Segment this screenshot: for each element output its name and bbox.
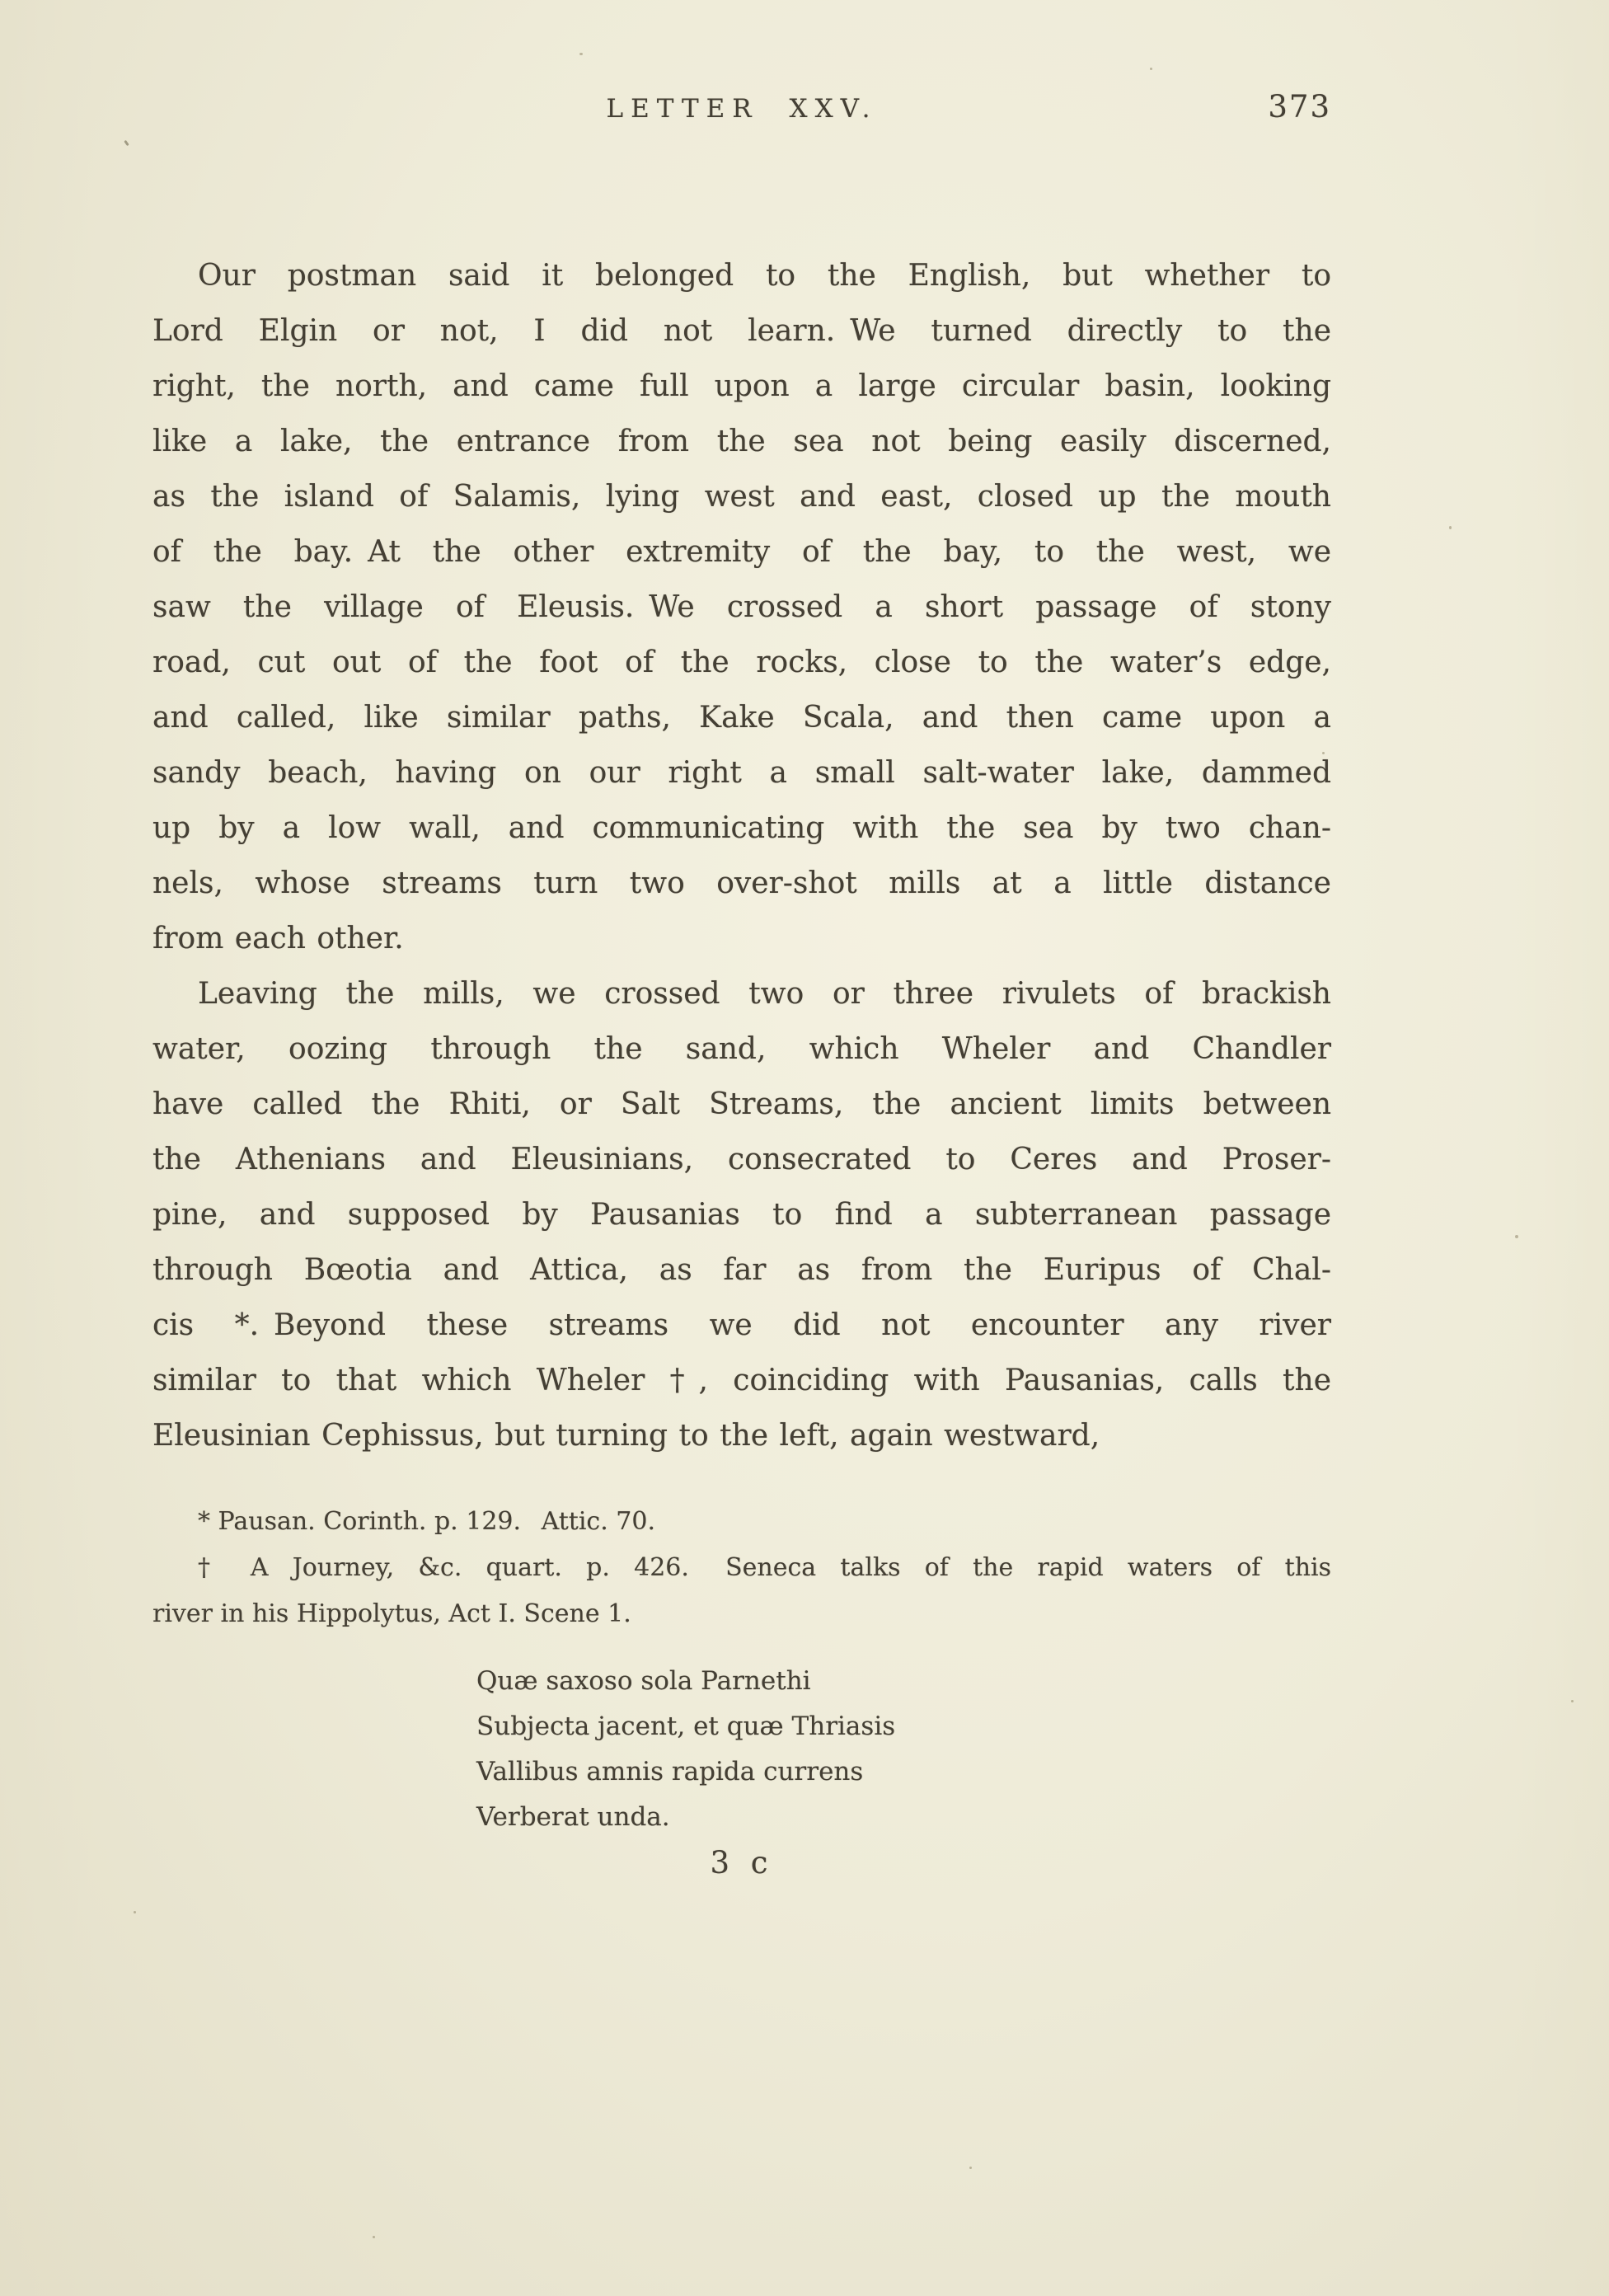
paper-speck — [969, 2167, 972, 2169]
text-line: the Athenians and Eleusinians, consecrat… — [152, 1132, 1331, 1187]
paper-speck — [373, 2236, 375, 2238]
text-line: cis *. Beyond these streams we did not e… — [152, 1298, 1331, 1353]
text-line: saw the village of Eleusis. We crossed a… — [152, 580, 1331, 635]
paper-speck — [1150, 68, 1152, 70]
paper-mark — [124, 140, 129, 146]
text-line: pine, and supposed by Pausanias to find … — [152, 1187, 1331, 1242]
footnote-line: river in his Hippolytus, Act I. Scene 1. — [152, 1591, 1331, 1637]
running-title: LETTER XXV. — [152, 94, 1331, 124]
text-line: road, cut out of the foot of the rocks, … — [152, 635, 1331, 690]
text-line: up by a low wall, and communicating with… — [152, 801, 1331, 856]
body-text: Our postman said it belonged to the Engl… — [152, 248, 1331, 1463]
page-number: 373 — [1268, 89, 1331, 124]
text-line: have called the Rhiti, or Salt Streams, … — [152, 1077, 1331, 1132]
text-line: Lord Elgin or not, I did not learn. We t… — [152, 303, 1331, 359]
signature-mark: 3 c — [152, 1845, 1331, 1880]
text-line: Our postman said it belonged to the Engl… — [152, 248, 1331, 303]
footnotes: * Pausan. Corinth. p. 129. Attic. 70. † … — [152, 1499, 1331, 1637]
text-line: right, the north, and came full upon a l… — [152, 359, 1331, 414]
text-line: nels, whose streams turn two over-shot m… — [152, 856, 1331, 911]
page-header: LETTER XXV. 373 — [152, 89, 1331, 132]
text-line: from each other. — [152, 911, 1331, 966]
footnote-line: * Pausan. Corinth. p. 129. Attic. 70. — [152, 1499, 1331, 1545]
text-line: and called, like similar paths, Kake Sca… — [152, 690, 1331, 745]
text-line: of the bay. At the other extremity of th… — [152, 524, 1331, 580]
verse-line: Vallibus amnis rapida currens — [476, 1749, 1218, 1795]
text-line: Eleusinian Cephissus, but turning to the… — [152, 1408, 1331, 1463]
text-line: like a lake, the entrance from the sea n… — [152, 414, 1331, 469]
paper-speck — [134, 1911, 136, 1913]
text-line: sandy beach, having on our right a small… — [152, 745, 1331, 801]
text-line: water, oozing through the sand, which Wh… — [152, 1021, 1331, 1077]
paper-speck — [1449, 526, 1452, 529]
paper-speck — [1571, 1700, 1574, 1702]
verse-line: Verberat unda. — [476, 1795, 1218, 1840]
paper-speck — [1322, 752, 1325, 754]
verse-line: Quæ saxoso sola Parnethi — [476, 1659, 1218, 1704]
book-page: LETTER XXV. 373 Our postman said it belo… — [0, 0, 1609, 2296]
text-line: similar to that which Wheler †, coincidi… — [152, 1353, 1331, 1408]
text-line: through Bœotia and Attica, as far as fro… — [152, 1242, 1331, 1298]
text-line: as the island of Salamis, lying west and… — [152, 469, 1331, 524]
footnote-line: † A Journey, &c. quart. p. 426. Seneca t… — [152, 1545, 1331, 1591]
text-line: Leaving the mills, we crossed two or thr… — [152, 966, 1331, 1021]
verse-line: Subjecta jacent, et quæ Thriasis — [476, 1704, 1218, 1749]
paper-speck — [1515, 1235, 1518, 1238]
latin-verse: Quæ saxoso sola Parnethi Subjecta jacent… — [476, 1659, 1218, 1840]
paper-speck — [579, 53, 583, 55]
